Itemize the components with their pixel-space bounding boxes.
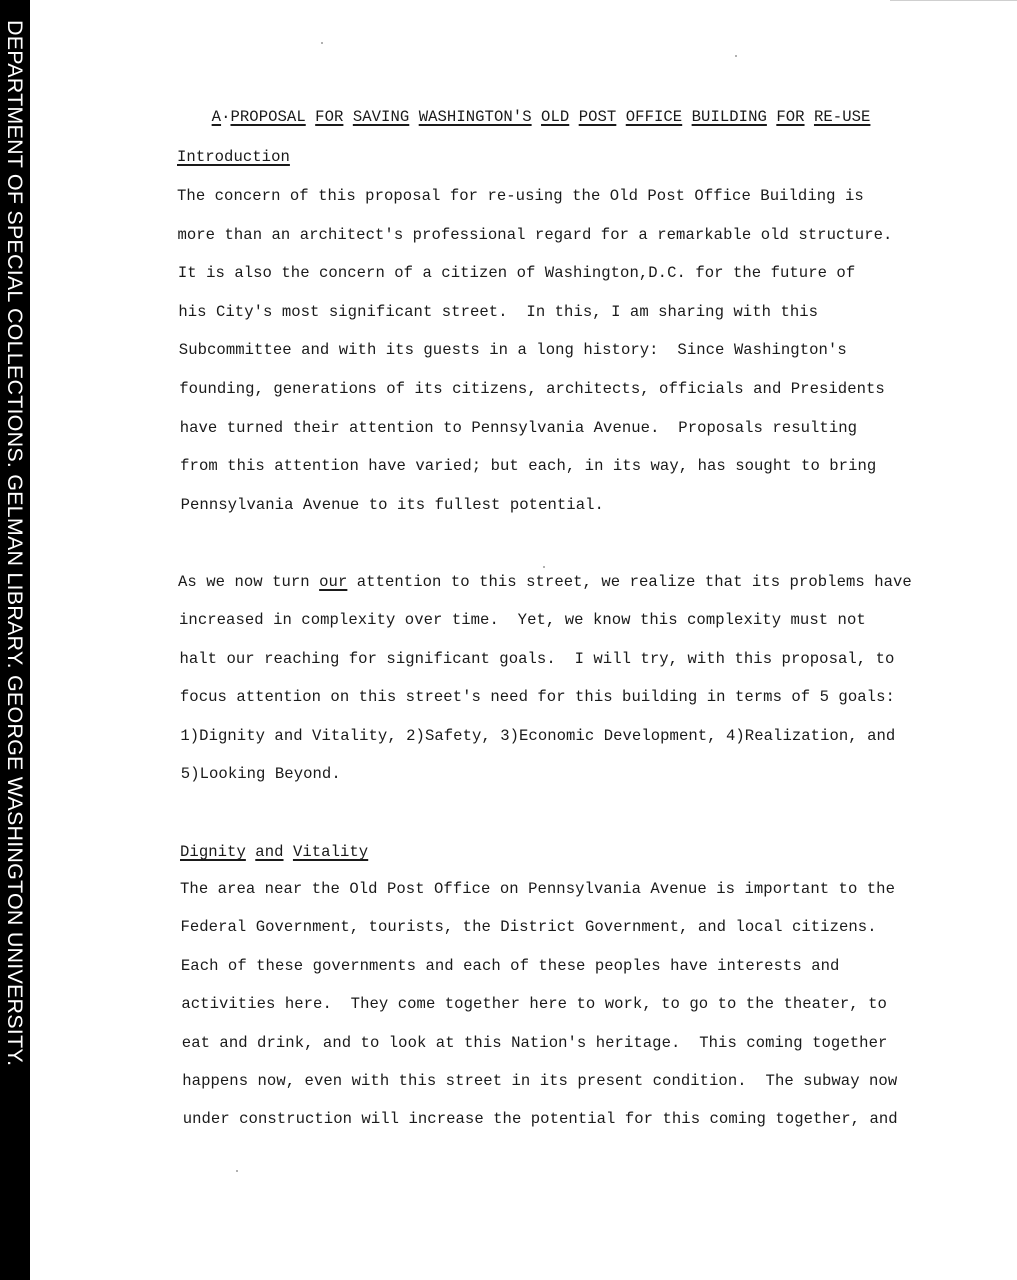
heading-word: Dignity xyxy=(180,843,246,861)
emphasized-word: our xyxy=(319,573,347,591)
title-word: FOR xyxy=(315,108,343,126)
title-word: RE-USE xyxy=(814,108,870,126)
text-line: halt our reaching for significant goals.… xyxy=(179,650,894,668)
heading-word: Vitality xyxy=(293,843,368,861)
text-line: activities here. They come together here… xyxy=(181,995,887,1013)
scan-speck xyxy=(543,566,545,568)
section-heading-introduction: Introduction xyxy=(177,148,290,166)
text-line: Federal Government, tourists, the Distri… xyxy=(180,918,876,936)
text-line: The concern of this proposal for re-usin… xyxy=(177,187,864,205)
text-line: from this attention have varied; but eac… xyxy=(180,457,876,475)
title-word: POST xyxy=(579,108,617,126)
title-word: OLD xyxy=(541,108,569,126)
text-line: The area near the Old Post Office on Pen… xyxy=(180,880,895,898)
text-line: under construction will increase the pot… xyxy=(183,1110,898,1128)
title-word: WASHINGTON'S xyxy=(419,108,532,126)
text-line: his City's most significant street. In t… xyxy=(178,303,818,321)
heading-word: and xyxy=(255,843,283,861)
title-word: A xyxy=(212,108,221,126)
title-word: OFFICE xyxy=(626,108,682,126)
introduction-paragraph-2-line: As we now turn our attention to this str… xyxy=(178,573,912,591)
text-line: It is also the concern of a citizen of W… xyxy=(178,264,855,282)
scan-speck xyxy=(735,55,737,57)
text-line: happens now, even with this street in it… xyxy=(182,1072,897,1090)
title-word: FOR xyxy=(776,108,804,126)
text-line: have turned their attention to Pennsylva… xyxy=(180,419,857,437)
scan-speck xyxy=(321,42,323,44)
title-word: BUILDING xyxy=(692,108,767,126)
text-line: Pennsylvania Avenue to its fullest poten… xyxy=(181,496,604,514)
document-page: A·PROPOSAL FOR SAVING WASHINGTON'S OLD P… xyxy=(0,0,1017,1280)
text-line: more than an architect's professional re… xyxy=(177,226,892,244)
text-line: focus attention on this street's need fo… xyxy=(180,688,895,706)
text-line: increased in complexity over time. Yet, … xyxy=(179,611,866,629)
text-line: Subcommittee and with its guests in a lo… xyxy=(179,341,847,359)
text-line: 1)Dignity and Vitality, 2)Safety, 3)Econ… xyxy=(180,727,895,745)
title-word: SAVING xyxy=(353,108,409,126)
title-word: PROPOSAL xyxy=(230,108,305,126)
scan-speck xyxy=(236,1170,238,1172)
text-line: 5)Looking Beyond. xyxy=(181,765,341,783)
text-run: As we now turn xyxy=(178,573,319,591)
text-line: Each of these governments and each of th… xyxy=(181,957,840,975)
text-line: founding, generations of its citizens, a… xyxy=(179,380,885,398)
text-run: attention to this street, we realize tha… xyxy=(347,573,911,591)
section-heading-dignity-vitality: Dignity and Vitality xyxy=(180,843,368,861)
text-line: eat and drink, and to look at this Natio… xyxy=(182,1034,888,1052)
document-title: A·PROPOSAL FOR SAVING WASHINGTON'S OLD P… xyxy=(174,90,870,144)
